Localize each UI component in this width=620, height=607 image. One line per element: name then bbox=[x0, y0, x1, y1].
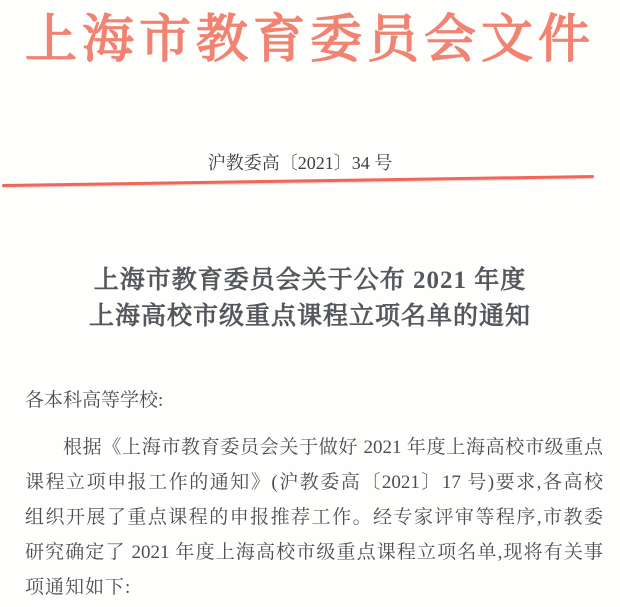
notice-title-line-1: 上海市教育委员会关于公布 2021 年度 bbox=[0, 263, 620, 299]
document-page: 上海市教育委员会文件 沪教委高〔2021〕34 号 上海市教育委员会关于公布 2… bbox=[0, 0, 620, 607]
paragraph-line-4: 研究确定了 2021 年度上海高校市级重点课程立项名单,现将有关事 bbox=[25, 535, 603, 570]
red-divider-rule bbox=[2, 175, 594, 187]
document-number: 沪教委高〔2021〕34 号 bbox=[0, 150, 600, 176]
notice-title-line-2: 上海高校市级重点课程立项名单的通知 bbox=[0, 299, 620, 335]
notice-title: 上海市教育委员会关于公布 2021 年度 上海高校市级重点课程立项名单的通知 bbox=[0, 263, 620, 335]
paragraph-line-1: 根据《上海市教育委员会关于做好 2021 年度上海高校市级重点 bbox=[25, 430, 603, 465]
paragraph-line-2: 课程立项申报工作的通知》(沪教委高〔2021〕17 号)要求,各高校 bbox=[25, 465, 603, 500]
salutation: 各本科高等学校: bbox=[25, 387, 603, 415]
masthead-title: 上海市教育委员会文件 bbox=[0, 4, 620, 78]
paragraph-line-5: 项通知如下: bbox=[25, 570, 603, 605]
notice-paragraph: 根据《上海市教育委员会关于做好 2021 年度上海高校市级重点 课程立项申报工作… bbox=[25, 430, 603, 605]
notice-body: 各本科高等学校: 根据《上海市教育委员会关于做好 2021 年度上海高校市级重点… bbox=[25, 387, 603, 605]
paragraph-line-3: 组织开展了重点课程的申报推荐工作。经专家评审等程序,市教委 bbox=[25, 500, 603, 535]
